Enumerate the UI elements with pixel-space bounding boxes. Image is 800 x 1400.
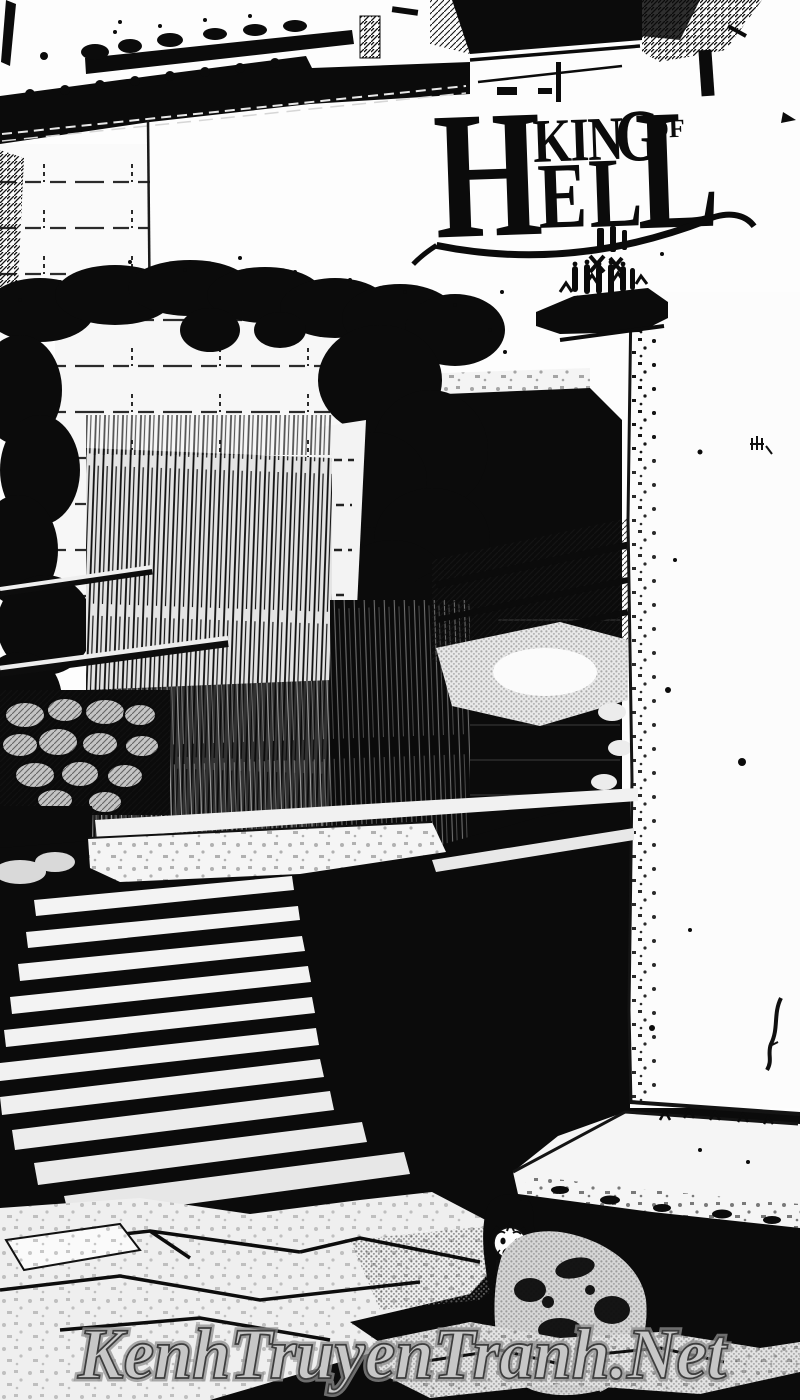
manga-page: H KIN G OF E L L xyxy=(0,0,800,1400)
cobblestone-retaining-wall xyxy=(0,690,170,815)
manga-page-artwork: H KIN G OF E L L xyxy=(0,0,800,1400)
logo-letter-e: E xyxy=(536,144,588,249)
watermark-text: KenhTruyenTranh.Net xyxy=(77,1314,728,1394)
vegetation-and-brick-wall xyxy=(0,256,507,854)
chibi-eye xyxy=(500,1238,505,1245)
scanlation-watermark: KenhTruyenTranh.Net KenhTruyenTranh.Net xyxy=(77,1314,728,1394)
